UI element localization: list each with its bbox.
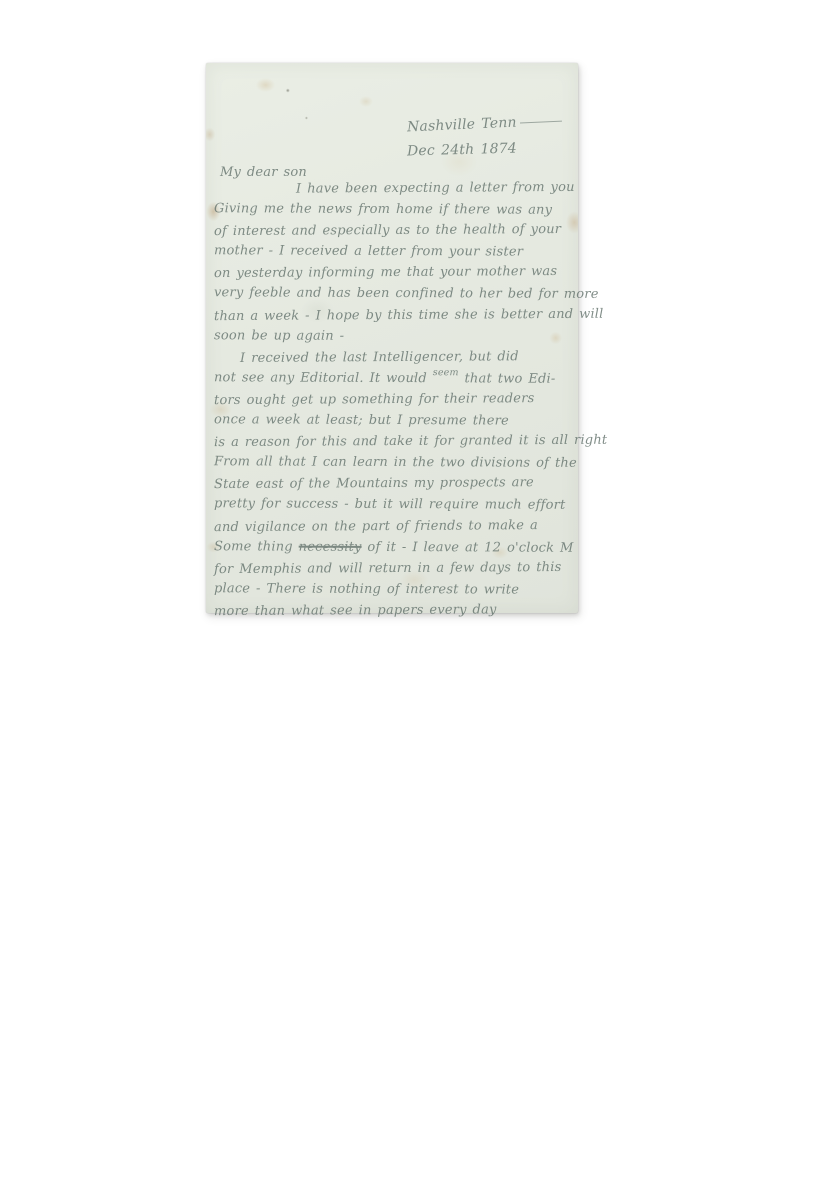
letter-line: more than what see in papers every day [214,599,574,622]
letter-line: than a week - I hope by this time she is… [214,303,574,326]
letter-line: for Memphis and will return in a few day… [214,557,574,580]
line-text: of it - I leave at 12 o'clock M [362,539,574,555]
line-text: not see any Editorial. It would [214,370,433,386]
letter-heading-place: Nashville Tenn [407,113,562,136]
letter-line: soon be up again - [214,325,574,348]
letter-line: Giving me the news from home if there wa… [214,198,574,221]
letter-line: once a week at least; but I presume ther… [214,409,574,432]
letter-line: I received the last Intelligencer, but d… [214,346,574,369]
letter-line: tors ought get up something for their re… [214,388,574,411]
letter-page: Nashville Tenn Dec 24th 1874 My dear son… [206,63,578,613]
line-text: Some thing [214,539,299,554]
letter-line-with-insertion: not see any Editorial. It would seem tha… [214,367,574,390]
letter-line: mother - I received a letter from your s… [214,240,574,263]
letter-line: is a reason for this and take it for gra… [214,430,574,453]
place-text: Nashville Tenn [407,115,517,136]
strikethrough-text: necessity [299,539,362,554]
line-text: that two Edi- [459,371,556,386]
letter-line: I have been expecting a letter from you [214,177,574,200]
inserted-word: seem [433,367,459,378]
letter-line: From all that I can learn in the two div… [214,451,574,474]
letter-line: place - There is nothing of interest to … [214,578,574,601]
letter-line: on yesterday informing me that your moth… [214,261,574,284]
letter-line: State east of the Mountains my prospects… [214,472,574,495]
letter-line: of interest and especially as to the hea… [214,219,574,242]
scan-background: Nashville Tenn Dec 24th 1874 My dear son… [0,0,819,1197]
letter-line-with-strikethrough: Some thing necessity of it - I leave at … [214,536,574,559]
letter-heading-date: Dec 24th 1874 [407,141,517,160]
letter-line: and vigilance on the part of friends to … [214,514,574,537]
letter-line: pretty for success - but it will require… [214,494,574,517]
letter-body: I have been expecting a letter from you … [214,178,574,621]
letter-line: very feeble and has been confined to her… [214,283,574,306]
underline-flourish [520,121,562,124]
